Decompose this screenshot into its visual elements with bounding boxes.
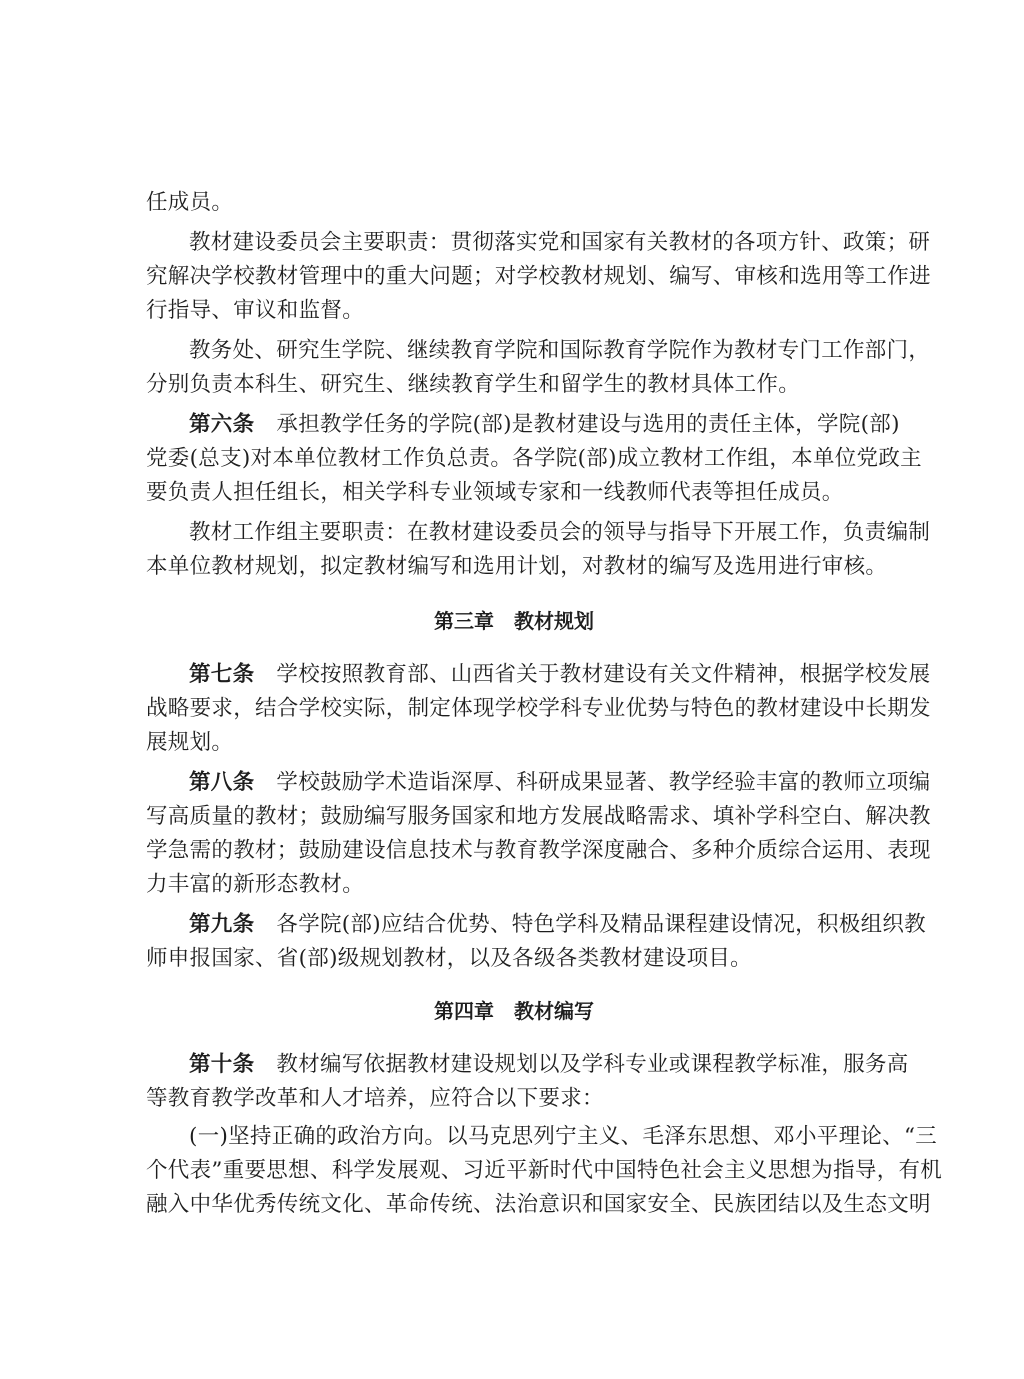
text-line: 战略要求，结合学校实际，制定体现学校学科专业优势与特色的教材建设中长期发 (146, 696, 931, 721)
article-label: 第六条 (189, 412, 254, 437)
text-line: 写高质量的教材；鼓励编写服务国家和地方发展战略需求、填补学科空白、解决教 (146, 804, 931, 829)
text-line: 各学院(部)应结合优势、特色学科及精品课程建设情况，积极组织教 (276, 912, 926, 937)
text-line: 学急需的教材；鼓励建设信息技术与教育教学深度融合、多种介质综合运用、表现 (146, 838, 931, 863)
article-label: 第七条 (189, 662, 254, 687)
article-label: 第九条 (189, 912, 254, 937)
text-line: 师申报国家、省(部)级规划教材，以及各级各类教材建设项目。 (146, 946, 752, 971)
text-line: 战略要求，结合学校实际，制定体现学校学科专业优势与特色的教材建设中长期发 (146, 694, 931, 724)
text-line: 教务处、研究生学院、继续教育学院和国际教育学院作为教材专门工作部门， (189, 338, 930, 363)
chapter-title: 教材规划 (514, 609, 594, 633)
text-line: 个代表”重要思想、科学发展观、习近平新时代中国特色社会主义思想为指导，有机 (146, 1156, 942, 1186)
text-line: 党委(总支)对本单位教材工作负总责。各学院(部)成立教材工作组，本单位党政主 (146, 444, 922, 474)
list-item-1: (一)坚持正确的政治方向。以马克思列宁主义、毛泽东思想、邓小平理论、“三 (146, 1122, 937, 1152)
text-line: 学校按照教育部、山西省关于教材建设有关文件精神，根据学校发展 (276, 662, 930, 687)
text-line: 党委(总支)对本单位教材工作负总责。各学院(部)成立教材工作组，本单位党政主 (146, 446, 922, 471)
article-10: 第十条教材编写依据教材建设规划以及学科专业或课程教学标准，服务高 (146, 1050, 909, 1080)
text-line: 写高质量的教材；鼓励编写服务国家和地方发展战略需求、填补学科空白、解决教 (146, 802, 931, 832)
text-line: 行指导、审议和监督。 (146, 298, 364, 323)
text-line: 融入中华优秀传统文化、革命传统、法治意识和国家安全、民族团结以及生态文明 (146, 1192, 931, 1217)
paragraph-workgroup-duties: 教材工作组主要职责：在教材建设委员会的领导与指导下开展工作，负责编制 (146, 518, 930, 548)
chapter-number: 第三章 (434, 609, 494, 633)
text-line: 分别负责本科生、研究生、继续教育学生和留学生的教材具体工作。 (146, 372, 800, 397)
text-line: 个代表”重要思想、科学发展观、习近平新时代中国特色社会主义思想为指导，有机 (146, 1158, 942, 1183)
chapter-title: 教材编写 (514, 999, 594, 1023)
article-7: 第七条学校按照教育部、山西省关于教材建设有关文件精神，根据学校发展 (146, 660, 930, 690)
text-line: 融入中华优秀传统文化、革命传统、法治意识和国家安全、民族团结以及生态文明 (146, 1190, 931, 1220)
text-line: 承担教学任务的学院(部)是教材建设与选用的责任主体，学院(部) (276, 412, 899, 437)
article-6: 第六条承担教学任务的学院(部)是教材建设与选用的责任主体，学院(部) (146, 410, 900, 440)
text-line: 力丰富的新形态教材。 (146, 872, 364, 897)
text-line: 行指导、审议和监督。 (146, 296, 364, 326)
paragraph-committee-duties: 教材建设委员会主要职责：贯彻落实党和国家有关教材的各项方针、政策；研 (146, 228, 930, 258)
text-line: 学急需的教材；鼓励建设信息技术与教育教学深度融合、多种介质综合运用、表现 (146, 836, 931, 866)
text-line: 本单位教材规划，拟定教材编写和选用计划，对教材的编写及选用进行审核。 (146, 552, 887, 582)
text-line: 教材建设委员会主要职责：贯彻落实党和国家有关教材的各项方针、政策；研 (189, 230, 930, 255)
text-line: 教材编写依据教材建设规划以及学科专业或课程教学标准，服务高 (276, 1052, 908, 1077)
text-line: 任成员。 (146, 190, 233, 215)
chapter-number: 第四章 (434, 999, 494, 1023)
text-line: 展规划。 (146, 728, 233, 758)
text-line: 等教育教学改革和人才培养，应符合以下要求： (146, 1084, 604, 1114)
text-line: 要负责人担任组长，相关学科专业领域专家和一线教师代表等担任成员。 (146, 478, 844, 508)
chapter-4-heading: 第四章教材编写 (146, 996, 882, 1026)
text-line: 要负责人担任组长，相关学科专业领域专家和一线教师代表等担任成员。 (146, 480, 844, 505)
text-line: 分别负责本科生、研究生、继续教育学生和留学生的教材具体工作。 (146, 370, 800, 400)
text-line: 究解决学校教材管理中的重大问题；对学校教材规划、编写、审核和选用等工作进 (146, 264, 931, 289)
text-line: 学校鼓励学术造诣深厚、科研成果显著、教学经验丰富的教师立项编 (276, 770, 930, 795)
text-line: 教材工作组主要职责：在教材建设委员会的领导与指导下开展工作，负责编制 (189, 520, 930, 545)
paragraph-continuation: 任成员。 (146, 188, 233, 218)
article-label: 第八条 (189, 770, 254, 795)
text-line: 展规划。 (146, 730, 233, 755)
article-label: 第十条 (189, 1052, 254, 1077)
text-line: (一)坚持正确的政治方向。以马克思列宁主义、毛泽东思想、邓小平理论、“三 (189, 1124, 937, 1149)
text-line: 师申报国家、省(部)级规划教材，以及各级各类教材建设项目。 (146, 944, 752, 974)
text-line: 等教育教学改革和人才培养，应符合以下要求： (146, 1086, 604, 1111)
text-line: 本单位教材规划，拟定教材编写和选用计划，对教材的编写及选用进行审核。 (146, 554, 887, 579)
paragraph-departments: 教务处、研究生学院、继续教育学院和国际教育学院作为教材专门工作部门， (146, 336, 930, 366)
text-line: 究解决学校教材管理中的重大问题；对学校教材规划、编写、审核和选用等工作进 (146, 262, 931, 292)
chapter-3-heading: 第三章教材规划 (146, 606, 882, 636)
article-9: 第九条各学院(部)应结合优势、特色学科及精品课程建设情况，积极组织教 (146, 910, 926, 940)
text-line: 力丰富的新形态教材。 (146, 870, 364, 900)
article-8: 第八条学校鼓励学术造诣深厚、科研成果显著、教学经验丰富的教师立项编 (146, 768, 930, 798)
